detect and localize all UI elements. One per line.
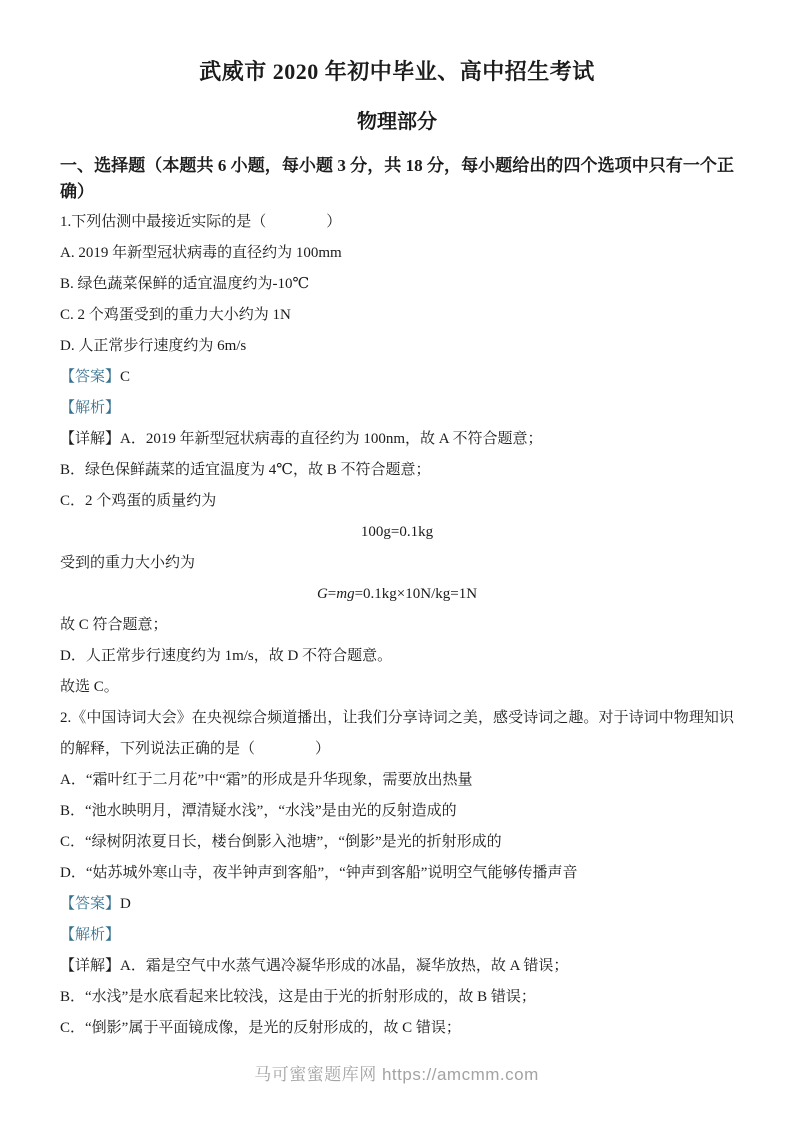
watermark-footer: 马可蜜蜜题库网 https://amcmm.com [0, 1060, 793, 1085]
q1-detail-b: B．绿色保鲜蔬菜的适宜温度为 4℃，故 B 不符合题意； [60, 455, 734, 486]
page-subtitle: 物理部分 [60, 110, 734, 135]
q1-option-b: B. 绿色蔬菜保鲜的适宜温度约为-10℃ [60, 269, 734, 300]
gravity-formula-rest: =0.1kg×10N/kg=1N [355, 586, 477, 602]
mass-g-symbol: mg [336, 586, 354, 602]
q1-detail-a: 【详解】A．2019 年新型冠状病毒的直径约为 100nm，故 A 不符合题意； [60, 424, 734, 455]
q2-detail-c: C．“倒影”属于平面镜成像，是光的反射形成的，故 C 错误； [60, 1013, 734, 1044]
q2-detail-b: B．“水浅”是水底看起来比较浅，这是由于光的折射形成的，故 B 错误； [60, 982, 734, 1013]
q1-formula-gravity: G=mg=0.1kg×10N/kg=1N [60, 579, 734, 610]
q1-answer-value: C [120, 369, 130, 385]
q2-option-b: B．“池水映明月，潭清疑水浅”，“水浅”是由光的反射造成的 [60, 796, 734, 827]
exam-page: 武威市 2020 年初中毕业、高中招生考试 物理部分 一、选择题（本题共 6 小… [0, 0, 793, 1122]
q2-option-a: A．“霜叶红于二月花”中“霜”的形成是升华现象，需要放出热量 [60, 765, 734, 796]
q2-stem: 2.《中国诗词大会》在央视综合频道播出，让我们分享诗词之美，感受诗词之趣。对于诗… [60, 703, 734, 765]
answer-label: 【答案】 [60, 369, 120, 385]
q1-option-a: A. 2019 年新型冠状病毒的直径约为 100mm [60, 238, 734, 269]
q2-option-c: C．“绿树阴浓夏日长，楼台倒影入池塘”，“倒影”是光的折射形成的 [60, 827, 734, 858]
analysis-label: 【解析】 [60, 927, 120, 943]
q2-analysis-line: 【解析】 [60, 920, 734, 951]
gravity-symbol: G [317, 586, 328, 602]
q1-formula-mass: 100g=0.1kg [60, 517, 734, 548]
answer-label: 【答案】 [60, 896, 120, 912]
analysis-label: 【解析】 [60, 400, 120, 416]
q1-stem: 1.下列估测中最接近实际的是（ ） [60, 207, 734, 238]
q1-option-d: D. 人正常步行速度约为 6m/s [60, 331, 734, 362]
page-title: 武威市 2020 年初中毕业、高中招生考试 [60, 58, 734, 86]
q1-answer-line: 【答案】C [60, 362, 734, 393]
q1-detail-c: C．2 个鸡蛋的质量约为 [60, 486, 734, 517]
q2-option-d: D．“姑苏城外寒山寺，夜半钟声到客船”，“钟声到客船”说明空气能够传播声音 [60, 858, 734, 889]
q2-answer-value: D [120, 896, 131, 912]
q1-option-c: C. 2 个鸡蛋受到的重力大小约为 1N [60, 300, 734, 331]
equals-sign: = [328, 586, 336, 602]
q1-analysis-line: 【解析】 [60, 393, 734, 424]
q1-detail-weight-intro: 受到的重力大小约为 [60, 548, 734, 579]
q1-detail-conclusion-c: 故 C 符合题意； [60, 610, 734, 641]
q2-detail-a: 【详解】A．霜是空气中水蒸气遇冷凝华形成的冰晶，凝华放热，故 A 错误； [60, 951, 734, 982]
q1-detail-d: D．人正常步行速度约为 1m/s，故 D 不符合题意。 [60, 641, 734, 672]
section-heading: 一、选择题（本题共 6 小题，每小题 3 分，共 18 分，每小题给出的四个选项… [60, 153, 734, 206]
q2-answer-line: 【答案】D [60, 889, 734, 920]
q1-final-answer: 故选 C。 [60, 672, 734, 703]
